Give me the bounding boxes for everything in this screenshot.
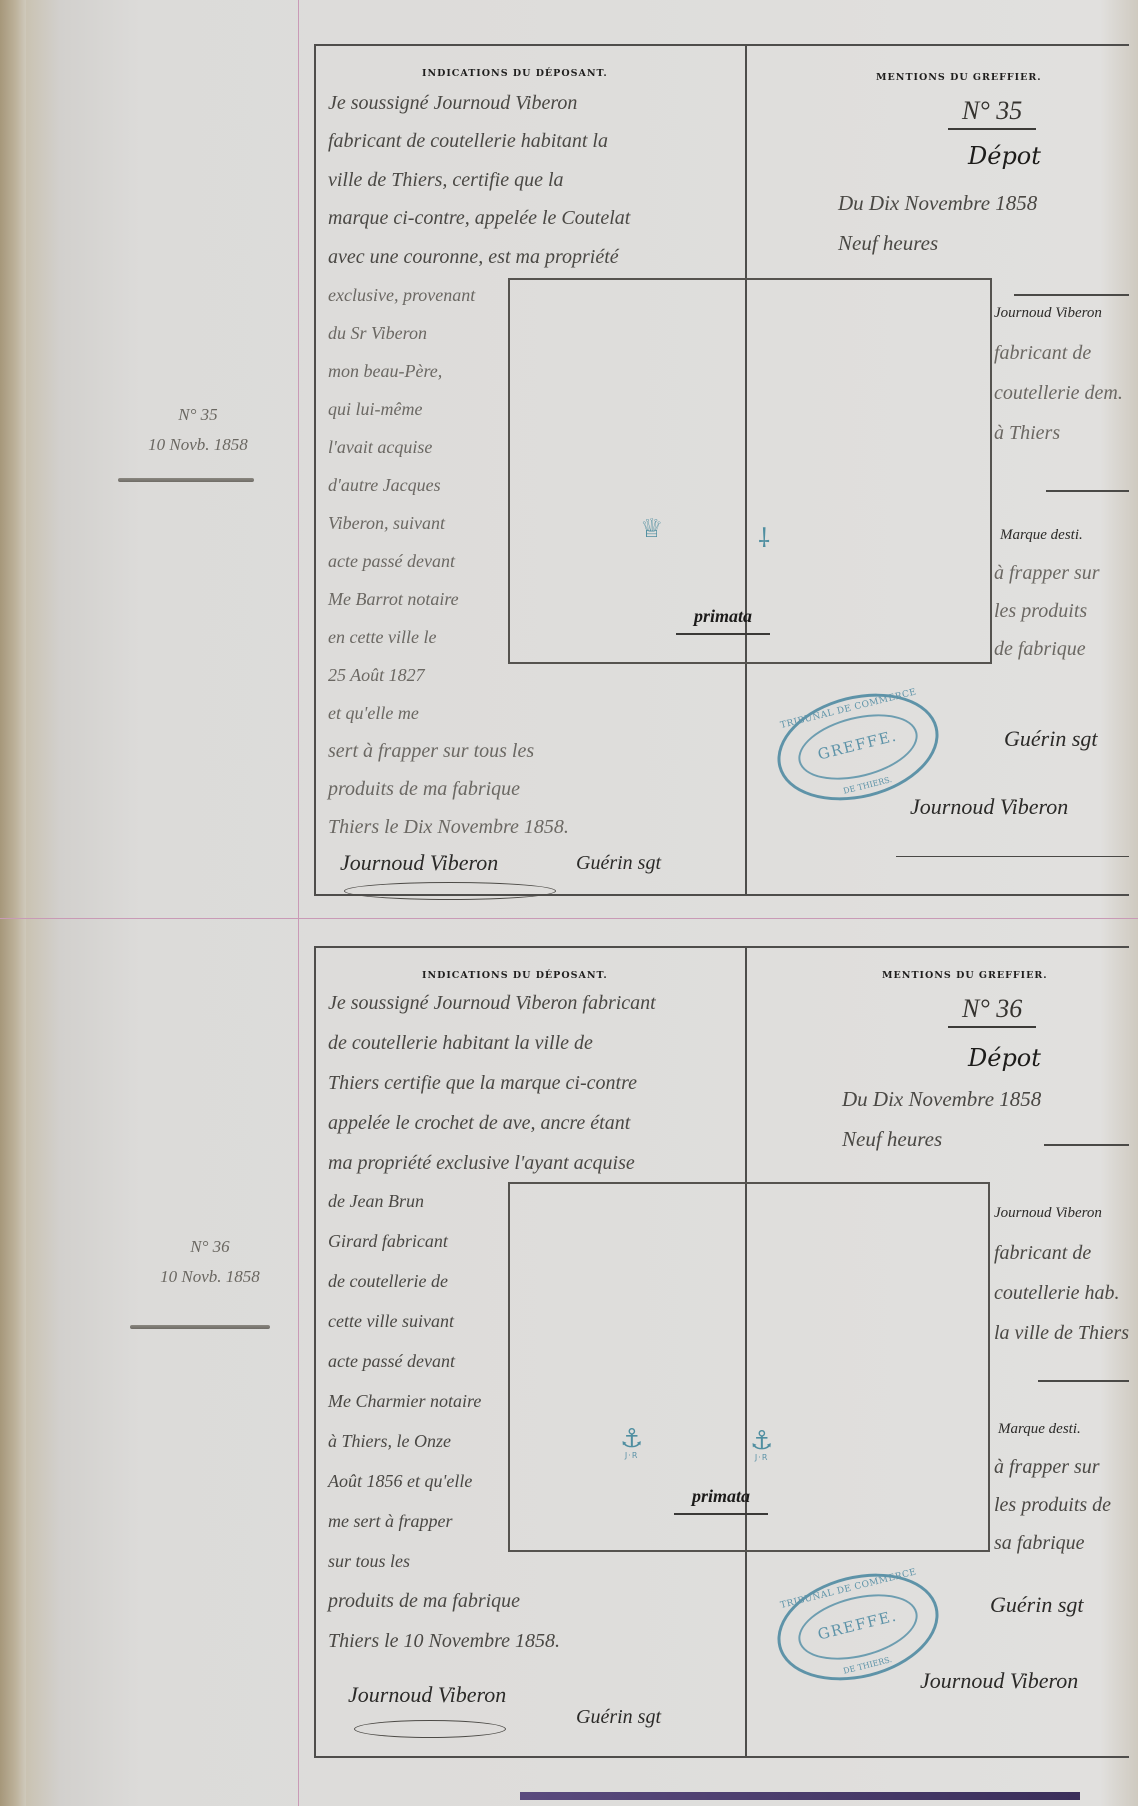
deposant-line: Girard fabricant [328,1222,448,1261]
signature-flourish [344,882,556,900]
depositor-signature: Journoud Viberon [920,1662,1078,1701]
deposant-line: à Thiers, le Onze [328,1422,451,1461]
deposant-line: exclusive, provenant [328,276,475,315]
deposant-line: appelée le crochet de ave, ancre étant [328,1104,630,1143]
deposant-line: en cette ville le [328,618,436,657]
deposant-line: qui lui-même [328,390,422,429]
signature-flourish [354,1720,506,1738]
deposant-line: Je soussigné Journoud Viberon fabricant [328,984,656,1023]
mark-crowned-blade-icon: ♕ [640,516,663,542]
deposant-line: de Jean Brun [328,1182,424,1221]
greffier-depositor-line: à Thiers [994,414,1060,453]
deposant-line: et qu'elle me [328,694,419,733]
registration-number: N° 35 [948,96,1036,130]
greffier-signature: Guérin sgt [990,1586,1084,1625]
margin-note-number: N° 36 [130,1232,290,1262]
deposit-time: Neuf heures [838,224,938,263]
rule [896,856,1129,857]
depositor-signature: Journoud Viberon [910,788,1068,827]
greffier-mark-line: à frapper sur [994,554,1100,593]
deposant-line: sur tous les [328,1542,410,1581]
deposant-line: de coutellerie habitant la ville de [328,1024,593,1063]
greffier-depositor-line: coutellerie hab. [994,1274,1120,1313]
greffier-depositor-line: coutellerie dem. [994,374,1123,413]
deposant-line: d'autre Jacques [328,466,441,505]
deposant-line: Thiers certifie que la marque ci-contre [328,1064,637,1103]
rule [1046,490,1129,492]
registration-number: N° 36 [948,994,1036,1028]
deposant-line: acte passé devant [328,542,455,581]
record-separator-rule [0,918,1138,919]
deposant-line: Me Barrot notaire [328,580,459,619]
record-35: INDICATIONS DU DÉPOSANT. MENTIONS DU GRE… [314,44,1129,896]
mark-caption: primata [676,606,770,635]
deposant-line: me sert à frapper [328,1502,453,1541]
greffier-header: MENTIONS DU GREFFIER. [876,72,1042,83]
register-page: N° 35 10 Novb. 1858 INDICATIONS DU DÉPOS… [0,0,1138,1806]
greffier-depositor-line: la ville de Thiers [994,1314,1129,1353]
ribbon-bookmark [520,1792,1080,1800]
depot-title: Dépot [968,142,1041,170]
deposant-header: INDICATIONS DU DÉPOSANT. [422,970,608,981]
deposit-date: Du Dix Novembre 1858 [838,184,1037,223]
depositor-signature: Journoud Viberon [340,844,498,883]
deposant-line: Août 1856 et qu'elle [328,1462,472,1501]
greffier-depositor-line: fabricant de [994,1234,1091,1273]
mark-anchor-icon: ⚓J·R [750,1428,773,1462]
greffier-depositor-line: fabricant de [994,334,1091,373]
margin-note-date: 10 Novb. 1858 [130,1262,290,1292]
greffier-mark-line: de fabrique [994,630,1086,669]
deposant-line: Je soussigné Journoud Viberon [328,84,577,123]
greffier-mark-line: à frapper sur [994,1448,1100,1487]
greffier-depositor-line: Journoud Viberon [994,294,1102,333]
rule [1044,1144,1129,1146]
deposant-line: Thiers le Dix Novembre 1858. [328,808,569,847]
greffier-mark-line: Marque desti. [1000,516,1083,555]
depositor-signature: Journoud Viberon [348,1676,506,1715]
greffier-depositor-line: Journoud Viberon [994,1194,1102,1233]
deposant-line: 25 Août 1827 [328,656,425,695]
greffier-signature: Guérin sgt [576,1698,661,1737]
deposant-line: sert à frapper sur tous les [328,732,534,771]
mark-caption: primata [674,1486,768,1515]
deposant-header: INDICATIONS DU DÉPOSANT. [422,68,608,79]
mark-impression-box: ⚓J·R ⚓J·R primata [508,1182,990,1552]
deposant-line: acte passé devant [328,1342,455,1381]
margin-note-record-36: N° 36 10 Novb. 1858 [130,1232,290,1292]
deposant-line: marque ci-contre, appelée le Coutelat [328,199,630,238]
deposant-line: produits de ma fabrique [328,770,520,809]
deposant-line: ville de Thiers, certifie que la [328,161,564,200]
margin-underline [118,478,254,482]
record-36: INDICATIONS DU DÉPOSANT. MENTIONS DU GRE… [314,946,1129,1758]
greffier-signature: Guérin sgt [576,844,661,883]
deposant-line: fabricant de coutellerie habitant la [328,122,608,161]
greffier-header: MENTIONS DU GREFFIER. [882,970,1048,981]
deposit-time: Neuf heures [842,1120,942,1159]
deposant-line: mon beau-Père, [328,352,442,391]
mark-impression-box: ♕ ⸸ primata [508,278,992,664]
greffier-mark-line: les produits [994,592,1087,631]
deposant-line: l'avait acquise [328,428,432,467]
deposant-line: ma propriété exclusive l'ayant acquise [328,1144,635,1183]
rule [1038,1380,1129,1382]
deposant-line: Viberon, suivant [328,504,445,543]
deposant-line: cette ville suivant [328,1302,454,1341]
deposant-line: Thiers le 10 Novembre 1858. [328,1622,560,1661]
greffier-mark-line: Marque desti. [998,1410,1081,1449]
deposant-line: Me Charmier notaire [328,1382,481,1421]
book-spine [0,0,26,1806]
greffier-mark-line: sa fabrique [994,1524,1085,1563]
margin-underline [130,1325,270,1329]
mark-anchor-icon: ⚓J·R [620,1426,643,1460]
deposit-date: Du Dix Novembre 1858 [842,1080,1041,1119]
greffier-signature: Guérin sgt [1004,720,1098,759]
deposant-line: produits de ma fabrique [328,1582,520,1621]
margin-rule-vertical [298,0,299,1806]
greffier-mark-line: les produits de [994,1486,1111,1525]
margin-note-date: 10 Novb. 1858 [118,430,278,460]
margin-note-number: N° 35 [118,400,278,430]
deposant-line: de coutellerie de [328,1262,448,1301]
margin-note-record-35: N° 35 10 Novb. 1858 [118,400,278,460]
deposant-line: avec une couronne, est ma propriété [328,238,619,277]
depot-title: Dépot [968,1044,1041,1072]
deposant-line: du Sr Viberon [328,314,427,353]
mark-blade-icon: ⸸ [758,526,770,552]
